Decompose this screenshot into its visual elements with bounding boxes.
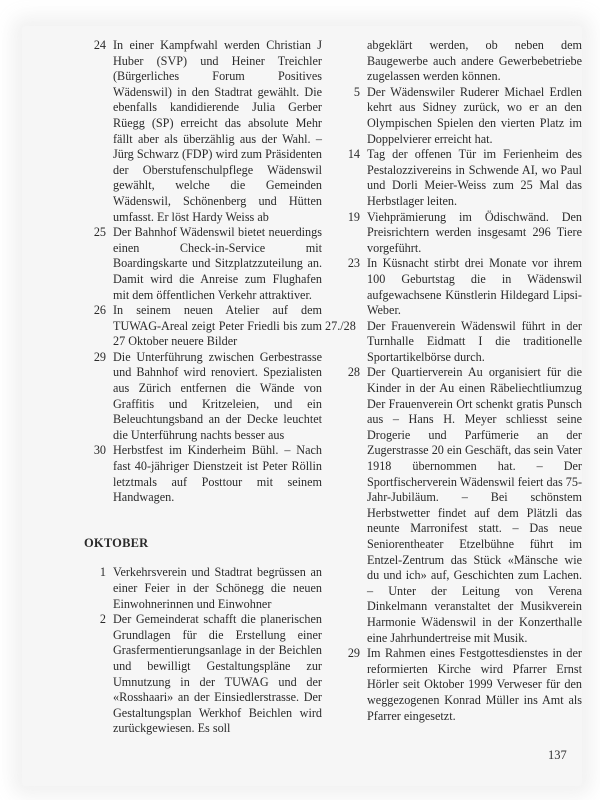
entry-text: Der Wädenswiler Ruderer Michael Erdlen k… (367, 85, 582, 147)
entry-text: In einer Kampfwahl werden Christian J Hu… (113, 38, 322, 225)
entry-text: Tag der offenen Tür im Ferienheim des Pe… (367, 147, 582, 209)
entry-text: In Küsnacht stirbt drei Monate vor ihrem… (367, 256, 582, 318)
entry-text: Der Quartierverein Au organisiert für di… (367, 365, 582, 646)
entry-day: 28 (338, 365, 360, 381)
chronicle-entry: 1 Verkehrsverein und Stadtrat begrüssen … (84, 565, 322, 612)
entry-day: 30 (84, 443, 106, 459)
entry-text: Der Frauenverein Wädenswil führt in der … (367, 319, 582, 366)
entry-day: 19 (338, 210, 360, 226)
entry-text: Die Unterführung zwischen Gerbestrasse u… (113, 350, 322, 444)
entry-text: Viehprämierung im Ödischwänd. Den Preisr… (367, 210, 582, 257)
chronicle-entry: 30 Herbstfest im Kinderheim Bühl. – Nach… (84, 443, 322, 505)
entry-day: 24 (84, 38, 106, 54)
month-heading: OKTOBER (84, 536, 322, 552)
entry-text: In seinem neuen Atelier auf dem TUWAG-Ar… (113, 303, 322, 350)
entry-day: 2 (84, 612, 106, 628)
chronicle-entry: 27./28 Der Frauenverein Wädenswil führt … (338, 319, 582, 366)
right-column: abgeklärt werden, ob neben dem Baugewerb… (338, 38, 582, 724)
entry-day: 25 (84, 225, 106, 241)
entry-day: 1 (84, 565, 106, 581)
chronicle-entry: 5 Der Wädenswiler Ruderer Michael Erdlen… (338, 85, 582, 147)
entry-continuation: abgeklärt werden, ob neben dem Baugewerb… (338, 38, 582, 85)
entry-day: 5 (338, 85, 360, 101)
entry-day: 27./28 (325, 319, 367, 335)
entry-text: Verkehrsverein und Stadtrat begrüssen an… (113, 565, 322, 612)
entry-day: 23 (338, 256, 360, 272)
chronicle-entry: 28 Der Quartierverein Au organisiert für… (338, 365, 582, 646)
left-column: 24 In einer Kampfwahl werden Christian J… (84, 38, 322, 737)
chronicle-entry: 19 Viehprämierung im Ödischwänd. Den Pre… (338, 210, 582, 257)
entry-text: Herbstfest im Kinderheim Bühl. – Nach fa… (113, 443, 322, 505)
chronicle-entry: 26 In seinem neuen Atelier auf dem TUWAG… (84, 303, 322, 350)
entry-text: Im Rahmen eines Festgottesdienstes in de… (367, 646, 582, 724)
entry-day: 29 (84, 350, 106, 366)
chronicle-entry: 29 Die Unterführung zwischen Gerbestrass… (84, 350, 322, 444)
entry-day: 29 (338, 646, 360, 662)
entry-text: Der Gemeinderat schafft die planerischen… (113, 612, 322, 737)
chronicle-entry: 23 In Küsnacht stirbt drei Monate vor ih… (338, 256, 582, 318)
entry-text: Der Bahnhof Wädenswil bietet neuerdings … (113, 225, 322, 303)
chronicle-entry: 14 Tag der offenen Tür im Ferienheim des… (338, 147, 582, 209)
chronicle-entry: 24 In einer Kampfwahl werden Christian J… (84, 38, 322, 225)
chronicle-entry: 29 Im Rahmen eines Festgottesdienstes in… (338, 646, 582, 724)
chronicle-entry: 2 Der Gemeinderat schafft die planerisch… (84, 612, 322, 737)
chronicle-entry: 25 Der Bahnhof Wädenswil bietet neuerdin… (84, 225, 322, 303)
page-number: 137 (548, 748, 567, 763)
entry-day: 14 (338, 147, 360, 163)
entry-day: 26 (84, 303, 106, 319)
